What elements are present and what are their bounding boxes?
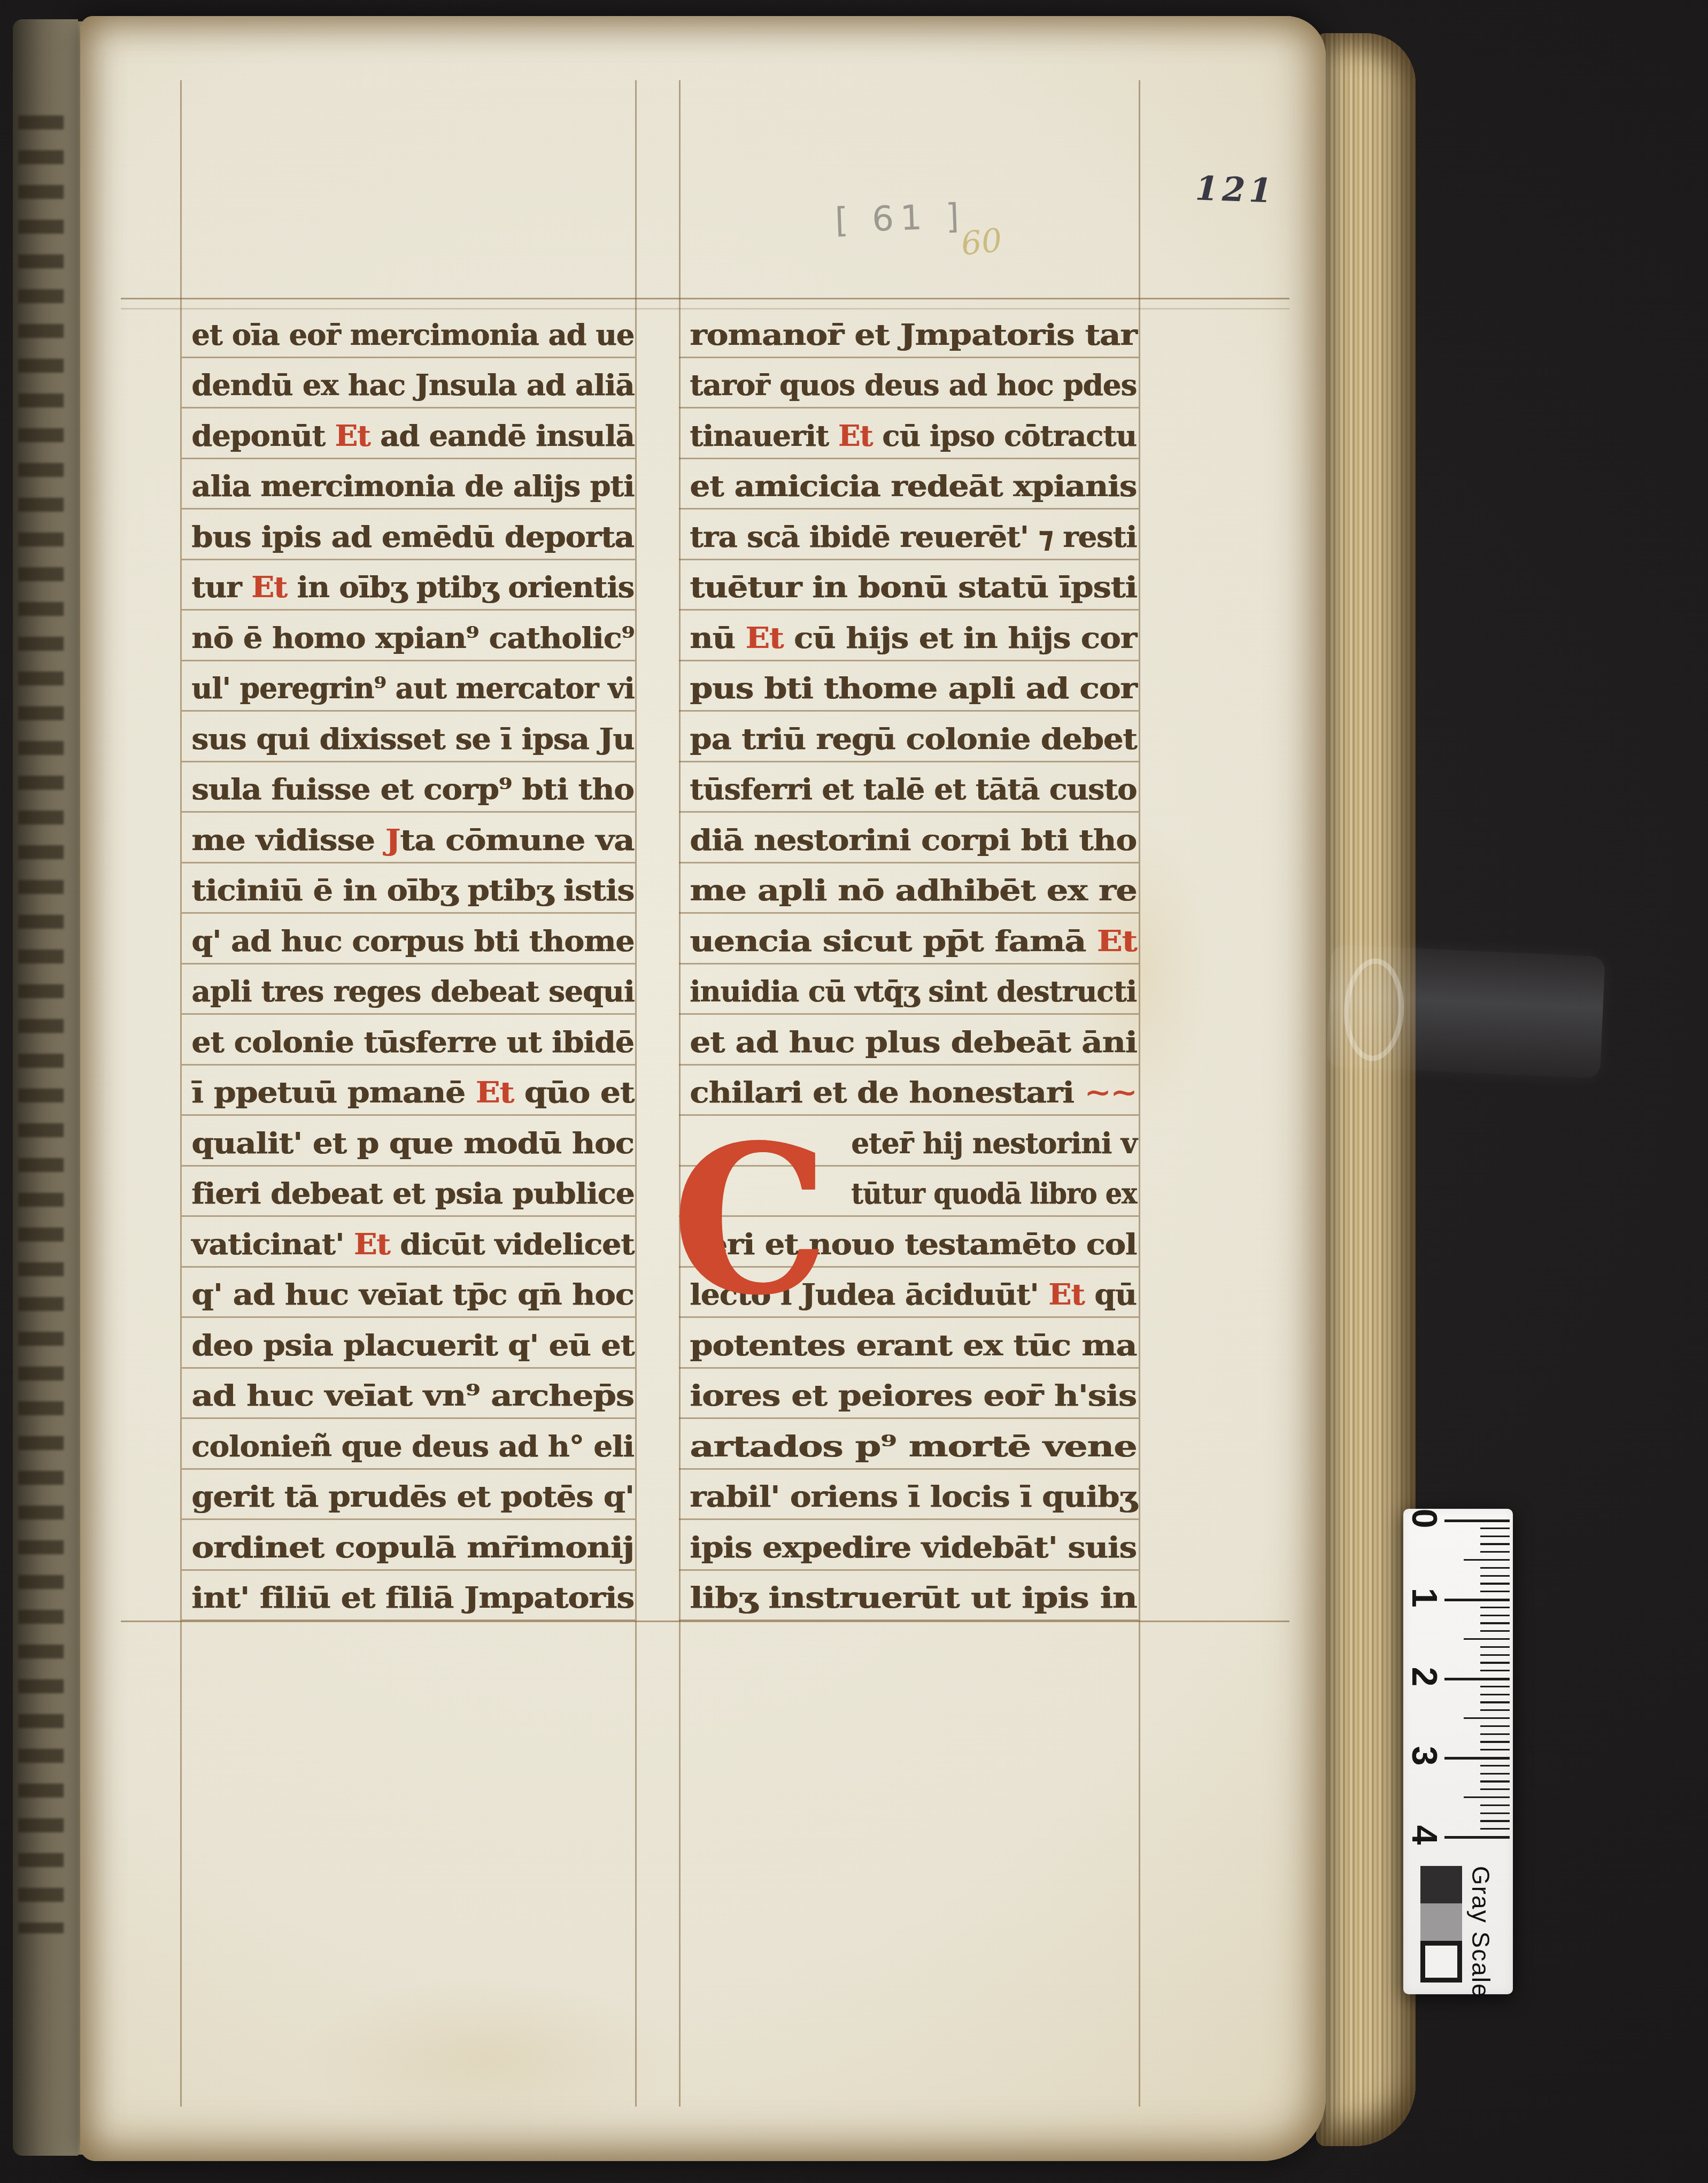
manuscript-line-text: iores et peiores eor̄ h'sis [690, 1378, 1137, 1413]
text-column-right: romanor̄ et Jmpatoris tartaror̄ quos deu… [690, 307, 1137, 1621]
manuscript-line: me apli nō adhibēt ex re [690, 863, 1137, 914]
manuscript-line: tur Et in oībʒ ptibʒ orientis [191, 560, 634, 611]
rubricated-initial: C [671, 1128, 828, 1312]
ruler-tick [1444, 1678, 1510, 1680]
ruler-tick [1480, 1828, 1510, 1830]
ruler-tick [1444, 1599, 1510, 1601]
ruler-tick [1480, 1773, 1510, 1775]
ruler-tick [1480, 1646, 1510, 1648]
manuscript-line-text: tra scā ibidē reuerēt' ⁊ resti [690, 519, 1137, 554]
grayscale-ruler: Gray Scale 01234 [1403, 1509, 1513, 1994]
manuscript-line-text: rabil' oriens ī locis ī quibʒ [690, 1479, 1137, 1514]
manuscript-line: pa triū regū colonie debet [690, 712, 1137, 762]
manuscript-line-text: ipis expedire videbāt' suis [690, 1530, 1137, 1564]
manuscript-line: inuidia cū vtq̄ʒ sint destructi [690, 965, 1137, 1015]
manuscript-line: qualit' et p que modū hoc [191, 1116, 634, 1167]
ruler-tick [1464, 1638, 1510, 1640]
ruler-tick [1480, 1622, 1510, 1624]
manuscript-line-text: ī ppetuū pmanē Et qūo et [191, 1075, 634, 1109]
ruler-tick [1480, 1543, 1510, 1545]
ruling-vertical-line [1139, 80, 1140, 2107]
manuscript-line-text: et colonie tūsferre ut ibidē [191, 1024, 634, 1059]
manuscript-line: romanor̄ et Jmpatoris tar [690, 307, 1137, 358]
ruler-tick [1480, 1583, 1510, 1584]
ruler-tick [1480, 1615, 1510, 1616]
grayscale-patch [1420, 1903, 1462, 1941]
foliation-modern-ink: 121 [1195, 168, 1277, 210]
plastic-holding-strip [1326, 945, 1605, 1078]
manuscript-line-text: ad huc veīat vn⁹ archep̄s [191, 1378, 634, 1413]
grayscale-patch [1420, 1866, 1462, 1903]
manuscript-line-text: ordinet copulā mr̄imonij [191, 1530, 634, 1564]
ruler-tick [1444, 1757, 1510, 1760]
ruler-number: 4 [1404, 1818, 1445, 1852]
manuscript-line-text: inuidia cū vtq̄ʒ sint destructi [690, 974, 1137, 1008]
rubricated-text: Et [251, 569, 287, 604]
manuscript-line: q' ad huc veīat tp̄c qn̄ hoc [191, 1268, 634, 1318]
manuscript-line-text: bus ipis ad emēdū deporta [191, 519, 634, 554]
manuscript-line-text: tūtur quodā libro ex [851, 1176, 1137, 1210]
manuscript-line-text: et amicicia redeāt xpianis [690, 468, 1137, 503]
manuscript-line: et oīa eor̄ mercimonia ad ue [191, 307, 634, 358]
ruling-top-line [121, 298, 1289, 299]
manuscript-line: ī ppetuū pmanē Et qūo et [191, 1066, 634, 1116]
grayscale-label: Gray Scale [1466, 1866, 1495, 2000]
manuscript-line: nō ē homo xpian⁹ catholic⁹ [191, 611, 634, 661]
ruler-tick [1480, 1733, 1510, 1735]
manuscript-line: me vidisse Jta cōmune va [191, 813, 634, 863]
manuscript-line-text: deo psia placuerit q' eū et [191, 1328, 634, 1362]
ruler-number: 0 [1404, 1501, 1445, 1536]
grayscale-patches [1420, 1866, 1462, 1983]
manuscript-line-text: et oīa eor̄ mercimonia ad ue [191, 317, 634, 352]
manuscript-line-text: et ad huc plus debeāt āni [690, 1024, 1137, 1059]
ruler-tick [1480, 1630, 1510, 1632]
manuscript-line-text: fieri debeat et psia publice [191, 1176, 635, 1210]
ruler-tick [1480, 1607, 1510, 1608]
facing-page-edge [13, 19, 78, 2156]
ruler-tick [1480, 1788, 1510, 1790]
manuscript-line: sula fuisse et corp⁹ bti tho [191, 762, 634, 813]
manuscript-line-text: pa triū regū colonie debet [690, 721, 1137, 756]
ruler-tick [1464, 1559, 1510, 1561]
manuscript-line: deo psia placuerit q' eū et [191, 1318, 634, 1369]
manuscript-line: et ad huc plus debeāt āni [690, 1015, 1137, 1066]
manuscript-line-text: taror̄ quos deus ad hoc pdes [690, 367, 1137, 402]
manuscript-line: ad huc veīat vn⁹ archep̄s [191, 1369, 634, 1420]
ruler-tick [1480, 1804, 1510, 1806]
manuscript-line: deponūt Et ad eandē insulā [191, 408, 634, 459]
manuscript-line: fieri debeat et psia publice [191, 1167, 634, 1217]
ruler-tick [1464, 1796, 1510, 1798]
manuscript-line-text: pus bti thome apli ad cor [690, 670, 1137, 705]
ruler-tick [1480, 1567, 1510, 1569]
rubricated-text: ∼∼ [1084, 1075, 1137, 1109]
manuscript-line: ordinet copulā mr̄imonij [191, 1520, 634, 1571]
manuscript-line-text: qualit' et p que modū hoc [191, 1125, 634, 1160]
ruler-tick [1480, 1741, 1510, 1742]
ruler-tick [1480, 1694, 1510, 1695]
manuscript-line: artados p⁹ mortē vene [690, 1419, 1137, 1470]
manuscript-line-text: sus qui dixisset se ī ipsa Ju [191, 721, 634, 756]
ruler-tick [1480, 1662, 1510, 1663]
ruler-tick [1480, 1820, 1510, 1822]
manuscript-line-text: uencia sicut pp̄t famā Et [690, 923, 1137, 958]
ruler-tick [1480, 1551, 1510, 1553]
manuscript-line-text: me apli nō adhibēt ex re [690, 873, 1137, 907]
text-column-left: et oīa eor̄ mercimonia ad uedendū ex hac… [191, 307, 634, 1621]
manuscript-line: rabil' oriens ī locis ī quibʒ [690, 1470, 1137, 1521]
manuscript-line-text: me vidisse Jta cōmune va [191, 822, 634, 857]
ruler-tick [1480, 1591, 1510, 1592]
manuscript-line-text: romanor̄ et Jmpatoris tar [690, 317, 1137, 352]
manuscript-line-text: gerit tā prudēs et potēs q' [191, 1479, 634, 1514]
rubricated-text: Et [1096, 923, 1137, 958]
rubricated-text: Et [1048, 1277, 1084, 1312]
ruler-tick [1480, 1765, 1510, 1767]
manuscript-line: tuētur in bonū statū īpsti [690, 560, 1137, 611]
ruler-tick [1480, 1654, 1510, 1656]
manuscript-line-text: libʒ instruerūt ut ipis in [690, 1580, 1137, 1615]
manuscript-line-text: int' filiū et filiā Jmpatoris [191, 1580, 634, 1615]
ruler-tick [1480, 1725, 1510, 1727]
manuscript-line-text: deponūt Et ad eandē insulā [191, 418, 634, 453]
rubricated-text: J [385, 822, 400, 857]
manuscript-line-text: alia mercimonia de alijs pti [191, 468, 634, 503]
grayscale-patch [1420, 1941, 1462, 1983]
ruler-number: 2 [1404, 1660, 1445, 1694]
ruler-tick [1464, 1717, 1510, 1719]
manuscript-line-text: vaticinat' Et dicūt videlicet [191, 1227, 634, 1261]
manuscript-line: ipis expedire videbāt' suis [690, 1520, 1137, 1571]
manuscript-line: vaticinat' Et dicūt videlicet [191, 1217, 634, 1268]
ruler-tick [1480, 1701, 1510, 1703]
manuscript-line: uencia sicut pp̄t famā Et [690, 914, 1137, 965]
manuscript-line: dendū ex hac Jnsula ad aliā [191, 358, 634, 409]
ruler-tick [1480, 1575, 1510, 1577]
manuscript-line: apli tres reges debeat sequi [191, 965, 634, 1015]
ruler-tick [1480, 1780, 1510, 1782]
rubricated-text: Et [354, 1227, 390, 1261]
manuscript-line-text: eter̄ hij nestorini v [851, 1125, 1137, 1160]
manuscript-line-text: sula fuisse et corp⁹ bti tho [191, 772, 634, 806]
rubricated-text: Et [745, 620, 783, 655]
manuscript-line: sus qui dixisset se ī ipsa Ju [191, 712, 634, 762]
ruler-tick [1480, 1812, 1510, 1814]
manuscript-line: ul' peregrin⁹ aut mercator vi [191, 661, 634, 712]
foliation-pencil: [ 61 ] [834, 197, 966, 241]
manuscript-line: ticiniū ē in oībʒ ptibʒ istis [191, 863, 634, 914]
photograph-background: [ 61 ] 60 121 et oīa eor̄ mercimonia ad … [0, 0, 1708, 2183]
manuscript-line-text: tinauerit Et cū ipso cōtractu [690, 418, 1137, 453]
manuscript-line: et amicicia redeāt xpianis [690, 459, 1137, 510]
ruler-tick [1480, 1528, 1510, 1529]
ruler-tick [1480, 1709, 1510, 1711]
manuscript-line: int' filiū et filiā Jmpatoris [191, 1571, 634, 1622]
manuscript-line: libʒ instruerūt ut ipis in [690, 1571, 1137, 1622]
manuscript-line: tūsferri et talē et tātā custo [690, 762, 1137, 813]
manuscript-line-text: tūsferri et talē et tātā custo [690, 772, 1137, 806]
manuscript-line-text: dendū ex hac Jnsula ad aliā [191, 367, 634, 402]
manuscript-line: tinauerit Et cū ipso cōtractu [690, 408, 1137, 459]
manuscript-line: q' ad huc corpus bti thome [191, 914, 634, 965]
manuscript-line-text: ticiniū ē in oībʒ ptibʒ istis [191, 873, 634, 907]
ruler-tick [1480, 1749, 1510, 1750]
manuscript-line: diā nestorini corpi bti tho [690, 813, 1137, 863]
manuscript-line-text: tuētur in bonū statū īpsti [690, 569, 1137, 604]
manuscript-line-text: q' ad huc corpus bti thome [191, 923, 634, 958]
ruler-tick [1444, 1519, 1510, 1522]
manuscript-line: nū Et cū hijs et in hijs cor [690, 611, 1137, 661]
rubricated-text: Et [335, 418, 370, 453]
manuscript-line: taror̄ quos deus ad hoc pdes [690, 358, 1137, 409]
manuscript-line: tra scā ibidē reuerēt' ⁊ resti [690, 510, 1137, 560]
manuscript-line-text: nō ē homo xpian⁹ catholic⁹ [191, 620, 634, 655]
manuscript-line-text: artados p⁹ mortē vene [690, 1429, 1137, 1463]
page-fore-edge-stack [1316, 33, 1416, 2146]
manuscript-line: et colonie tūsferre ut ibidē [191, 1015, 634, 1066]
manuscript-line-text: ul' peregrin⁹ aut mercator vi [191, 670, 634, 705]
manuscript-line-text: colonieñ que deus ad h° eli [191, 1429, 634, 1463]
manuscript-line: bus ipis ad emēdū deporta [191, 510, 634, 560]
ruler-tick [1444, 1836, 1510, 1839]
ruler-tick [1480, 1670, 1510, 1671]
manuscript-line-text: tur Et in oībʒ ptibʒ orientis [191, 569, 634, 604]
foliation-faded-ink: 60 [960, 221, 1004, 263]
manuscript-line-text: q' ad huc veīat tp̄c qn̄ hoc [191, 1277, 634, 1312]
manuscript-line-text: diā nestorini corpi bti tho [690, 822, 1137, 857]
ruler-tick [1480, 1686, 1510, 1687]
ruling-vertical-line [635, 80, 637, 2107]
rubricated-text: Et [476, 1075, 514, 1109]
manuscript-line: alia mercimonia de alijs pti [191, 459, 634, 510]
ruler-number: 3 [1404, 1739, 1445, 1773]
ruler-number: 1 [1404, 1580, 1445, 1615]
rubricated-text: Et [838, 418, 872, 453]
manuscript-line: gerit tā prudēs et potēs q' [191, 1470, 634, 1521]
manuscript-line-text: nū Et cū hijs et in hijs cor [690, 620, 1137, 655]
manuscript-line: iores et peiores eor̄ h'sis [690, 1369, 1137, 1420]
manuscript-line: pus bti thome apli ad cor [690, 661, 1137, 712]
ruler-tick [1480, 1536, 1510, 1537]
manuscript-line-text: apli tres reges debeat sequi [191, 974, 634, 1008]
manuscript-line: colonieñ que deus ad h° eli [191, 1419, 634, 1470]
